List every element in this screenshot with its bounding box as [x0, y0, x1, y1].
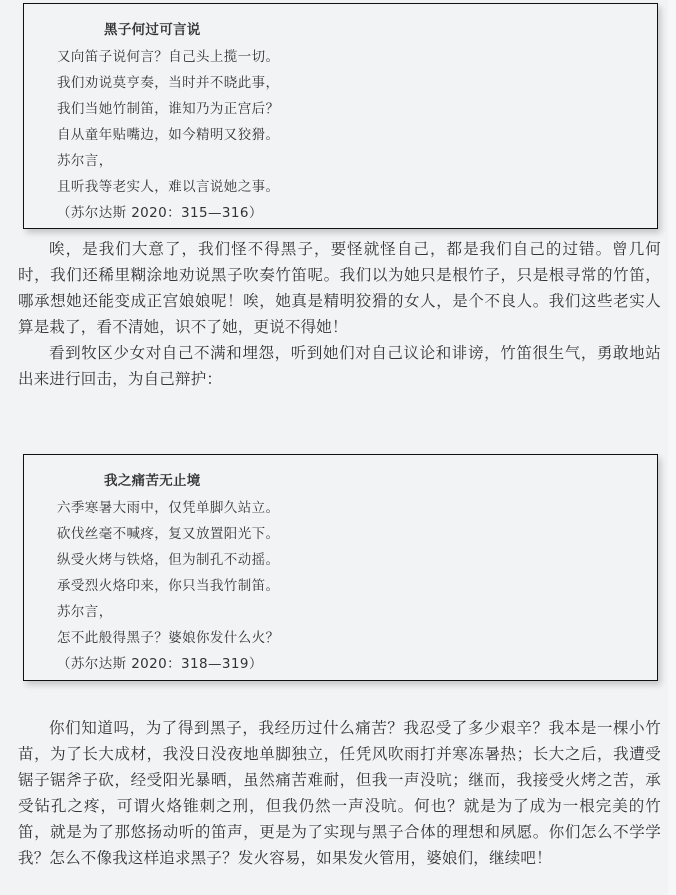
poem-line: 纵受火烤与铁烙，但为制孔不动摇。 [57, 547, 279, 573]
poem-line: 我们当她竹制笛，谁知乃为正宫后？ [57, 96, 279, 122]
poem-title: 黑子何过可言说 [104, 18, 201, 38]
paragraph: 看到牧区少女对自己不满和埋怨，听到她们对自己议论和诽谤，竹笛很生气，勇敢地站出来… [18, 340, 661, 392]
poem-line: 承受烈火烙印来，你只当我竹制笛。 [57, 573, 279, 599]
poem-citation: （苏尔达斯 2020：318—319） [57, 651, 279, 677]
poem-line: 苏尔言， [57, 599, 279, 625]
poem-line: 且听我等老实人，难以言说她之事。 [57, 174, 279, 200]
poem-citation: （苏尔达斯 2020：315—316） [57, 200, 279, 226]
poem-line: 砍伐丝毫不喊疼，复又放置阳光下。 [57, 521, 279, 547]
paragraph: 唉，是我们大意了，我们怪不得黑子，要怪就怪自己，都是我们自己的过错。曾几何时，我… [18, 236, 661, 340]
poem-quote-box-2: 我之痛苦无止境 六季寒暑大雨中，仅凭单脚久站立。 砍伐丝毫不喊疼，复又放置阳光下… [23, 454, 658, 681]
paragraph: 你们知道吗，为了得到黑子，我经历过什么痛苦？我忍受了多少艰辛？我本是一棵小竹苗，… [18, 715, 661, 871]
poem-line: 怎不此般得黑子？婆娘你发什么火？ [57, 625, 279, 651]
poem-line: 自从童年贴嘴边，如今精明又狡猾。 [57, 122, 279, 148]
poem-lines: 又向笛子说何言？自己头上揽一切。 我们劝说莫亨奏，当时并不晓此事， 我们当她竹制… [57, 44, 279, 226]
poem-quote-box-1: 黑子何过可言说 又向笛子说何言？自己头上揽一切。 我们劝说莫亨奏，当时并不晓此事… [23, 3, 658, 229]
poem-line: 苏尔言， [57, 148, 279, 174]
prose-section-2: 你们知道吗，为了得到黑子，我经历过什么痛苦？我忍受了多少艰辛？我本是一棵小竹苗，… [18, 715, 661, 871]
poem-title: 我之痛苦无止境 [104, 469, 201, 489]
poem-line: 六季寒暑大雨中，仅凭单脚久站立。 [57, 495, 279, 521]
poem-line: 又向笛子说何言？自己头上揽一切。 [57, 44, 279, 70]
prose-section-1: 唉，是我们大意了，我们怪不得黑子，要怪就怪自己，都是我们自己的过错。曾几何时，我… [18, 236, 661, 392]
poem-lines: 六季寒暑大雨中，仅凭单脚久站立。 砍伐丝毫不喊疼，复又放置阳光下。 纵受火烤与铁… [57, 495, 279, 677]
page-edge [668, 0, 676, 895]
poem-line: 我们劝说莫亨奏，当时并不晓此事， [57, 70, 279, 96]
